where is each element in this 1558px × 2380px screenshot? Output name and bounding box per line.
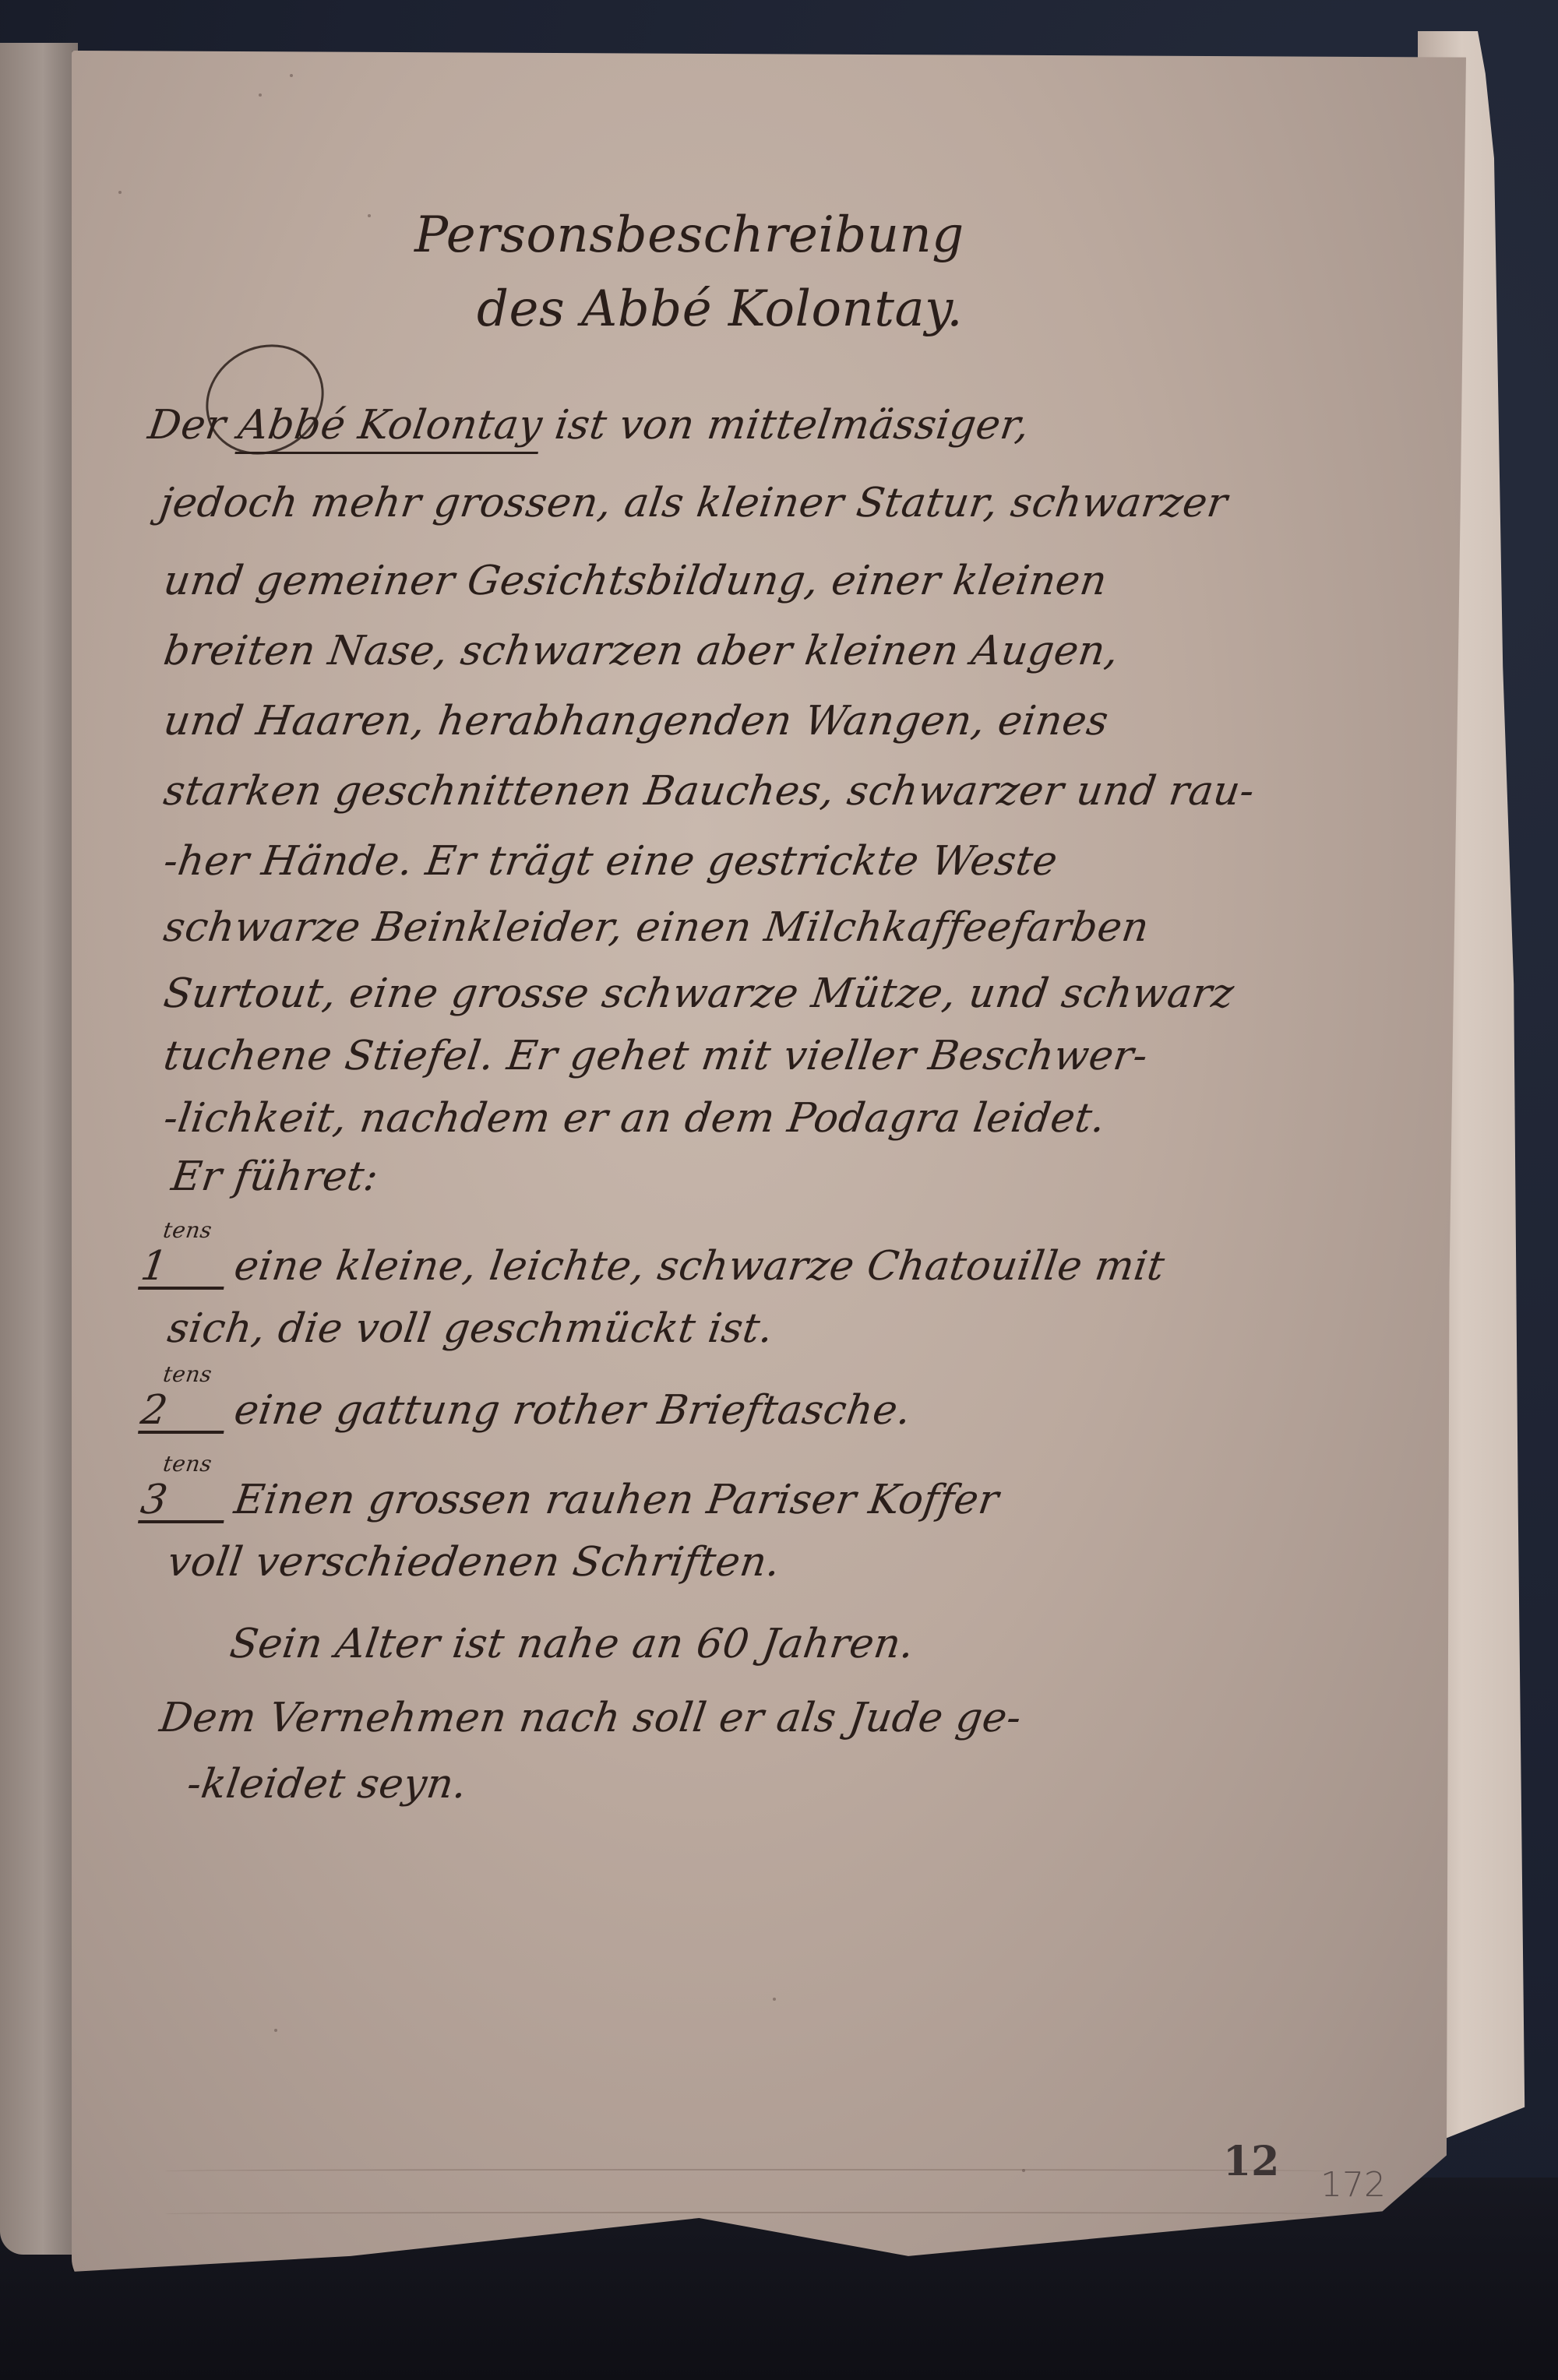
body-line-7: -her Hände. Er trägt eine gestrickte Wes…: [161, 841, 1060, 882]
body-line-11: -lichkeit, nachdem er an dem Podagra lei…: [161, 1098, 1108, 1139]
page-fold-line: [165, 2212, 1326, 2216]
body-line-3: und gemeiner Gesichtsbildung, einer klei…: [161, 561, 1109, 601]
pencil-folio-number: 172: [1320, 2165, 1386, 2205]
age-statement: Sein Alter ist nahe an 60 Jahren.: [227, 1624, 917, 1664]
manuscript-page: Personsbeschreibung des Abbé Kolontay. D…: [72, 51, 1466, 2290]
body-line-12: Er führet:: [169, 1157, 381, 1197]
rumor-statement-line-1: Dem Vernehmen nach soll er als Jude ge-: [157, 1698, 1024, 1738]
body-line-6: starken geschnittenen Bauches, schwarzer…: [161, 771, 1257, 812]
list-item-3: 3tensEinen grossen rauhen Pariser Koffer: [138, 1480, 1001, 1523]
stamped-page-number: 12: [1223, 2138, 1279, 2185]
body-line-4: breiten Nase, schwarzen aber kleinen Aug…: [161, 631, 1121, 671]
facing-page-edge: [0, 43, 78, 2255]
page-fold-line: [165, 2169, 1326, 2173]
document-title-line-2: des Abbé Kolontay.: [477, 284, 963, 334]
rumor-statement-line-2: -kleidet seyn.: [185, 1764, 470, 1804]
list-item-1: 1tenseine kleine, leichte, schwarze Chat…: [138, 1246, 1167, 1290]
list-item-1-continuation: sich, die voll geschmückt ist.: [165, 1308, 776, 1349]
list-number-1: 1tens: [138, 1246, 230, 1290]
body-line-8: schwarze Beinkleider, einen Milchkaffeef…: [161, 907, 1151, 948]
body-line-1: Der Abbé Kolontay ist von mittelmässiger…: [146, 405, 1032, 445]
body-line-10: tuchene Stiefel. Er gehet mit vieller Be…: [161, 1036, 1151, 1076]
body-line-5: und Haaren, herabhangenden Wangen, eines: [161, 701, 1111, 741]
list-item-3-continuation: voll verschiedenen Schriften.: [165, 1542, 783, 1583]
list-number-3: 3tens: [138, 1480, 230, 1523]
document-title-line-1: Personsbeschreibung: [414, 210, 964, 260]
subject-name: Abbé Kolontay: [234, 402, 545, 454]
body-line-2: jedoch mehr grossen, als kleiner Statur,…: [157, 483, 1230, 523]
list-number-2: 2tens: [138, 1390, 230, 1434]
list-item-2: 2tenseine gattung rother Brieftasche.: [138, 1390, 914, 1434]
body-line-9: Surtout, eine grosse schwarze Mütze, und…: [161, 973, 1236, 1014]
